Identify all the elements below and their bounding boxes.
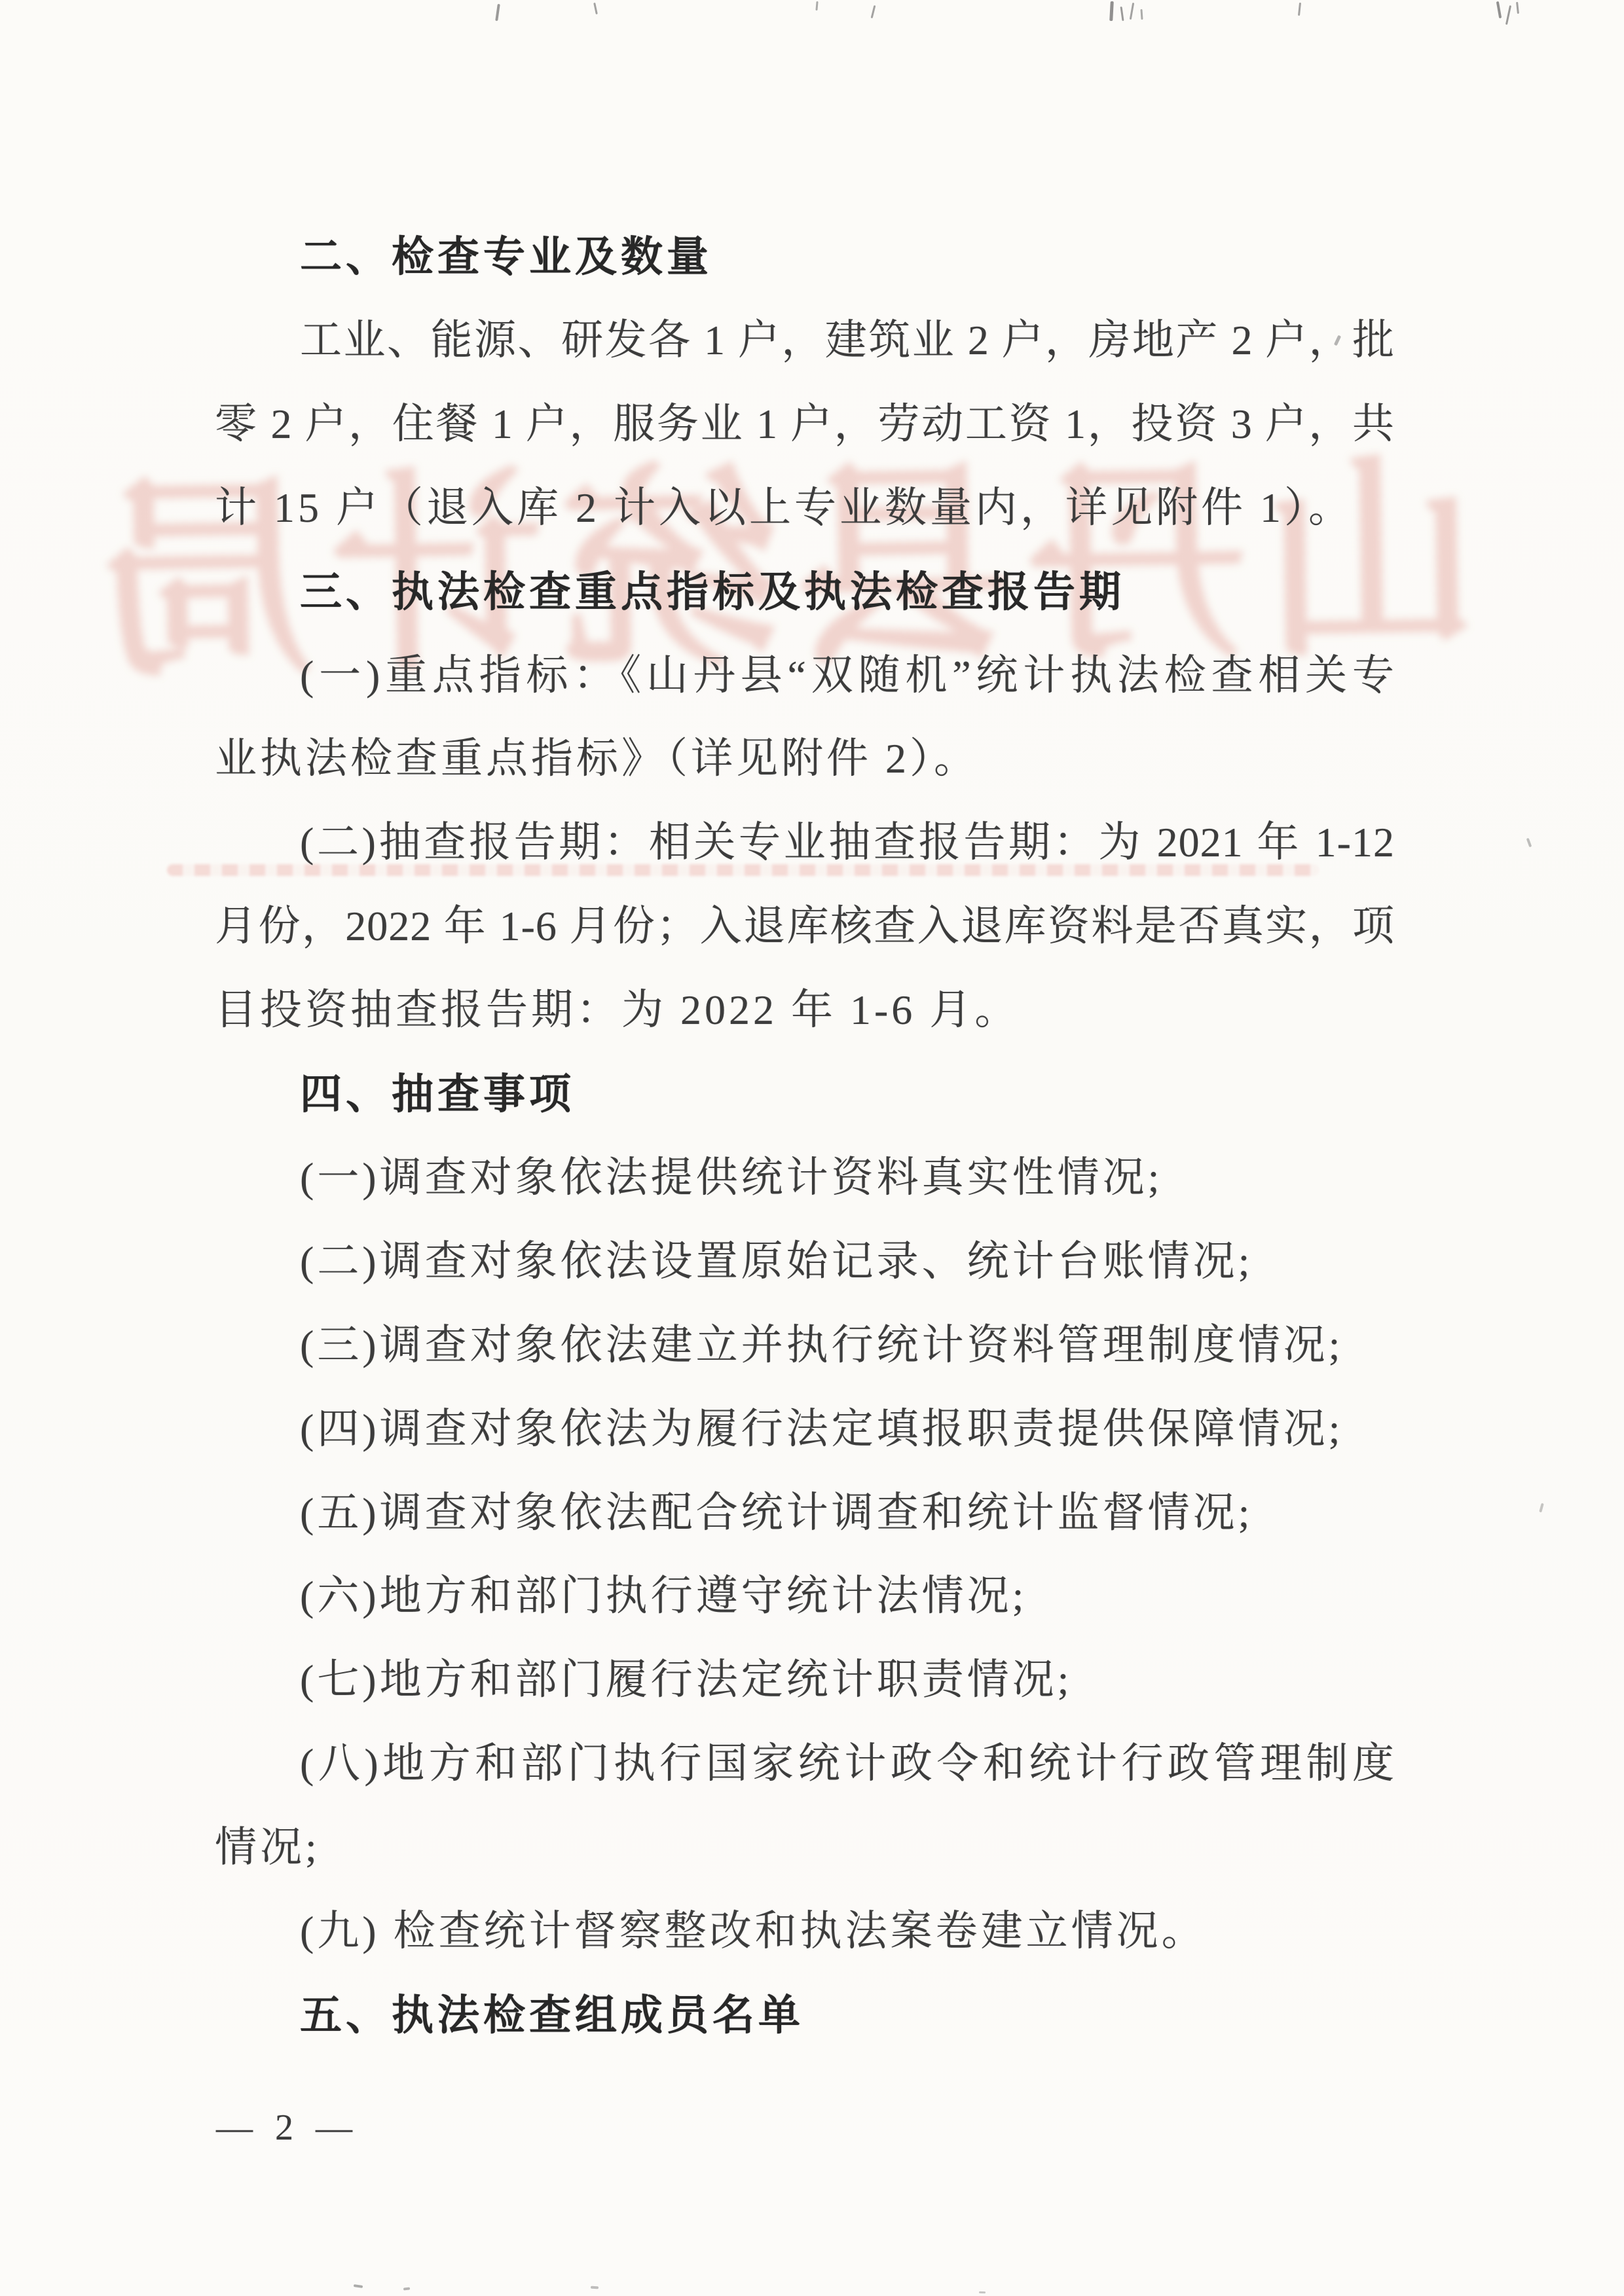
scan-speck — [1516, 2, 1519, 14]
section-heading: 三、执法检查重点指标及执法检查报告期 — [215, 566, 1395, 618]
text-line: (七)地方和部门履行法定统计职责情况; — [215, 1654, 1395, 1706]
text-line: (二)抽查报告期：相关专业抽查报告期：为 2021 年 1-12 — [215, 816, 1395, 869]
scan-speck — [1130, 3, 1134, 20]
text-line: (一)调查对象依法提供统计资料真实性情况; — [215, 1152, 1395, 1204]
scan-speck — [1120, 7, 1124, 21]
scan-speck — [979, 2291, 986, 2293]
text-line: 计 15 户（退入库 2 计入以上专业数量内，详见附件 1）。 — [215, 482, 1395, 534]
section-heading: 二、检查专业及数量 — [215, 230, 1395, 283]
scan-speck — [593, 3, 598, 14]
text-line: (四)调查对象依法为履行法定填报职责提供保障情况; — [215, 1403, 1395, 1455]
scan-speck — [1496, 1, 1502, 18]
scan-speck — [1539, 1503, 1543, 1513]
text-line: 情况; — [215, 1821, 1395, 1874]
section-heading: 五、执法检查组成员名单 — [215, 1989, 1395, 2041]
document-page: 山丹县统计局 二、检查专业及数量工业、能源、研发各 1 户，建筑业 2 户，房地… — [0, 0, 1624, 2296]
section-heading: 四、抽查事项 — [215, 1068, 1395, 1120]
scan-speck — [1109, 1, 1114, 21]
scan-speck — [871, 5, 876, 18]
text-line: (三)调查对象依法建立并执行统计资料管理制度情况; — [215, 1319, 1395, 1372]
text-line: (八)地方和部门执行国家统计政令和统计行政管理制度 — [215, 1738, 1395, 1790]
scan-speck — [495, 4, 500, 21]
text-line: 月份，2022 年 1-6 月份；入退库核查入退库资料是否真实，项 — [215, 900, 1395, 953]
scan-speck — [1140, 9, 1143, 20]
scan-speck — [403, 2287, 410, 2290]
text-line: 业执法检查重点指标》（详见附件 2）。 — [215, 733, 1395, 785]
text-line: (九) 检查统计督察整改和执法案卷建立情况。 — [215, 1905, 1395, 1958]
text-line: 零 2 户，住餐 1 户，服务业 1 户，劳动工资 1，投资 3 户，共 — [215, 398, 1395, 450]
scan-speck — [815, 1, 818, 10]
text-line: (六)地方和部门执行遵守统计法情况; — [215, 1570, 1395, 1622]
text-line: (五)调查对象依法配合统计调查和统计监督情况; — [215, 1487, 1395, 1539]
page-number: — 2 — — [216, 2107, 359, 2149]
scan-speck — [354, 2284, 363, 2288]
text-line: 工业、能源、研发各 1 户，建筑业 2 户，房地产 2 户，批 — [215, 314, 1395, 367]
text-line: (一)重点指标：《山丹县“双随机”统计执法检查相关专 — [215, 649, 1395, 702]
scan-speck — [1298, 3, 1301, 16]
text-line: 目投资抽查报告期：为 2022 年 1-6 月。 — [215, 984, 1395, 1036]
scan-speck — [1505, 5, 1511, 25]
scan-speck — [1526, 838, 1532, 848]
scan-speck — [591, 2286, 599, 2289]
text-line: (二)调查对象依法设置原始记录、统计台账情况; — [215, 1235, 1395, 1288]
